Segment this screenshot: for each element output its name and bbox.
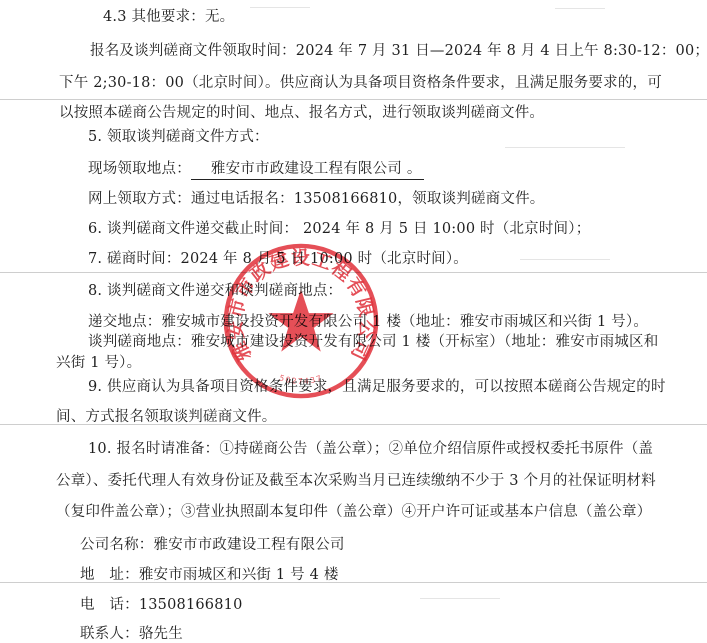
- section-10-line-3: （复印件盖公章）；③营业执照副本复印件（盖公章）④开户许可证或基本户信息（盖公章…: [56, 503, 651, 521]
- scan-artifact-line: [520, 259, 610, 260]
- phone-value: 13508166810: [139, 597, 243, 613]
- scan-artifact-line: [0, 99, 707, 100]
- other-requirements: 4.3 其他要求：无。: [103, 8, 234, 26]
- section-9-line-2: 间、方式报名领取谈判磋商文件。: [56, 408, 277, 426]
- section-7-negotiation-time: 7. 磋商时间：2024 年 8 月 5 日 10:00 时（北京时间）。: [88, 250, 468, 268]
- phone-row: 电 话：13508166810: [80, 596, 243, 614]
- section-10-line-1: 10. 报名时请准备：①持磋商公告（盖公章）；②单位介绍信原件或授权委托书原件（…: [88, 440, 653, 458]
- contact-person-value: 骆先生: [139, 626, 183, 642]
- scan-artifact-line: [420, 598, 500, 599]
- onsite-pickup-label: 现场领取地点：: [88, 161, 191, 177]
- address-value: 雅安市雨城区和兴街 1 号 4 楼: [139, 567, 339, 583]
- registration-time-line-3: 以按照本磋商公告规定的时间、地点、报名方式，进行领取谈判磋商文件。: [59, 104, 544, 122]
- registration-time-line-1: 报名及谈判磋商文件领取时间：2024 年 7 月 31 日—2024 年 8 月…: [90, 42, 707, 60]
- address-label: 地 址：: [80, 567, 139, 583]
- address-row: 地 址：雅安市雨城区和兴街 1 号 4 楼: [80, 566, 339, 584]
- contact-person-row: 联系人：骆先生: [80, 625, 183, 643]
- section-6-deadline: 6. 谈判磋商文件递交截止时间： 2024 年 8 月 5 日 10:00 时（…: [88, 220, 590, 238]
- submission-place: 递交地点：雅安城市建设投资开发有限公司 1 楼（地址：雅安市雨城区和兴街 1 号…: [88, 313, 648, 331]
- section-8-title: 8. 谈判磋商文件递交和谈判磋商地点：: [88, 282, 342, 300]
- onsite-pickup-row: 现场领取地点：雅安市市政建设工程有限公司 。: [88, 160, 424, 180]
- online-pickup: 网上领取方式：通过电话报名：13508166810，领取谈判磋商文件。: [88, 190, 544, 208]
- contact-person-label: 联系人：: [80, 626, 139, 642]
- section-5-title: 5. 领取谈判磋商文件方式：: [88, 128, 269, 146]
- scan-artifact-line: [555, 8, 605, 9]
- onsite-pickup-location: 雅安市市政建设工程有限公司 。: [191, 160, 424, 180]
- phone-label: 电 话：: [80, 597, 139, 613]
- scan-artifact-line: [0, 272, 707, 273]
- scan-artifact-line: [250, 7, 310, 8]
- section-10-line-2: 公章）、委托代理人有效身份证及截至本次采购当月已连续缴纳不少于 3 个月的社保证…: [56, 472, 656, 490]
- negotiation-place-line-2: 兴街 1 号）。: [56, 354, 141, 372]
- company-name-value: 雅安市市政建设工程有限公司: [154, 537, 345, 553]
- negotiation-place-line-1: 谈判磋商地点：雅安城市建设投资开发有限公司 1 楼（开标室）（地址：雅安市雨城区…: [88, 333, 658, 351]
- section-9-line-1: 9. 供应商认为具备项目资格条件要求，且满足服务要求的，可以按照本磋商公告规定的…: [88, 378, 666, 396]
- scan-artifact-line: [505, 147, 625, 148]
- registration-time-line-2: 下午 2;30-18：00（北京时间）。供应商认为具备项目资格条件要求，且满足服…: [59, 74, 662, 92]
- company-name-label: 公司名称：: [80, 537, 154, 553]
- company-name-row: 公司名称：雅安市市政建设工程有限公司: [80, 536, 345, 554]
